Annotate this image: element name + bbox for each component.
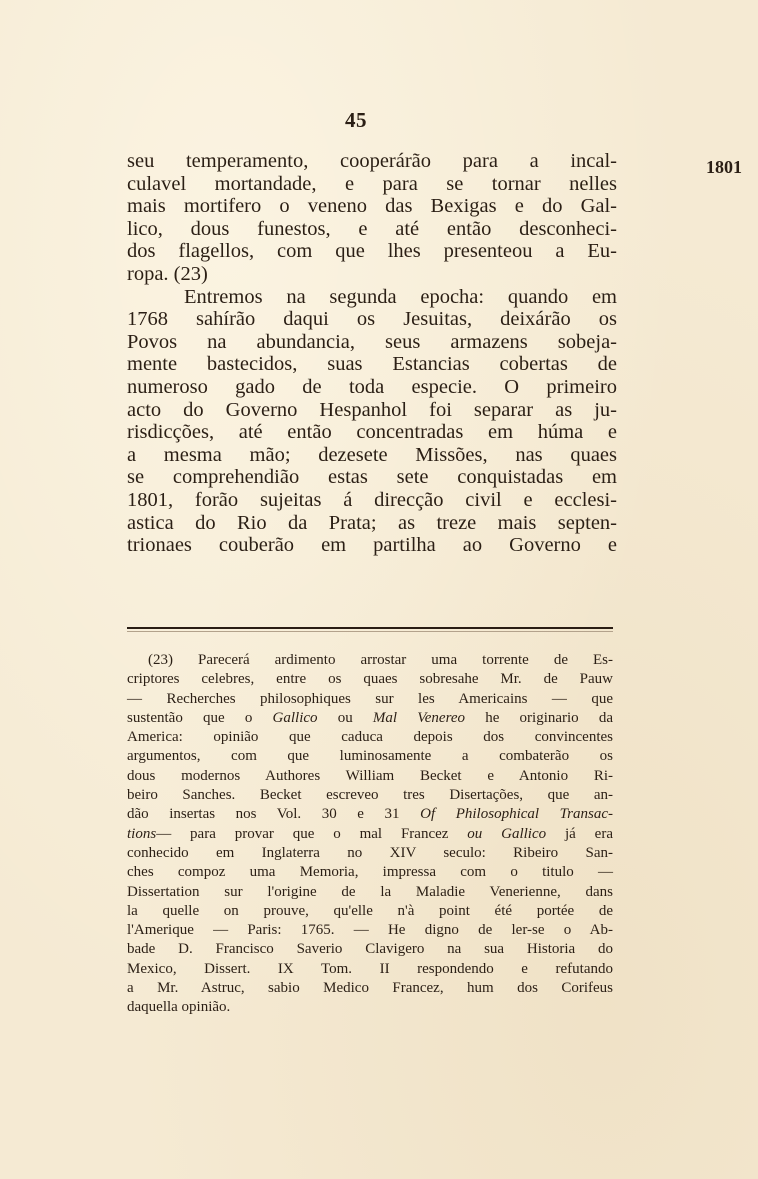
text-line: trionaes couberão em partilha ao Governo… (127, 534, 617, 557)
text-line: a mesma mão; dezesete Missões, nas quaes (127, 444, 617, 467)
footnote-line: Dissertation sur l'origine de la Maladie… (127, 883, 613, 902)
text-line: se comprehendião estas sete conquistadas… (127, 466, 617, 489)
text-line: seu temperamento, cooperárão para a inca… (127, 150, 617, 173)
footnote-line: la quelle on prouve, qu'elle n'à point é… (127, 902, 613, 921)
text-line: dos flagellos, com que lhes presenteou a… (127, 240, 617, 263)
footnote-separator (127, 627, 613, 629)
text-line: lico, dous funestos, e até então desconh… (127, 218, 617, 241)
footnote-line: America: opinião que caduca depois dos c… (127, 728, 613, 747)
footnote-line: Mexico, Dissert. IX Tom. II respondendo … (127, 960, 613, 979)
paragraph-start-line: Entremos na segunda epocha: quando em (127, 286, 617, 309)
italic-term: Gallico (273, 710, 318, 726)
footnote-line: argumentos, com que luminosamente a comb… (127, 747, 613, 766)
italic-title: Of Philosophical Transac- (420, 806, 613, 822)
main-text: seu temperamento, cooperárão para a inca… (127, 150, 617, 557)
text-line: culavel mortandade, e para se tornar nel… (127, 173, 617, 196)
footnote-line: a Mr. Astruc, sabio Medico Francez, hum … (127, 979, 613, 998)
footnote-line: — Recherches philosophiques sur les Amer… (127, 690, 613, 709)
text-line: acto do Governo Hespanhol foi separar as… (127, 399, 617, 422)
book-page: 45 1801 seu temperamento, cooperárão par… (0, 0, 758, 1179)
footnote-line: bade D. Francisco Saverio Clavigero na s… (127, 940, 613, 959)
text-line: 1801, forão sujeitas á direcção civil e … (127, 489, 617, 512)
footnote-line: conhecido em Inglaterra no XIV seculo: R… (127, 844, 613, 863)
italic-term: Mal Venereo (373, 710, 465, 726)
text-line: mais mortifero o veneno das Bexigas e do… (127, 195, 617, 218)
page-number: 45 (336, 108, 376, 133)
margin-note-year: 1801 (706, 157, 742, 178)
footnote-line: ches compoz uma Memoria, impressa com o … (127, 863, 613, 882)
text-line: numeroso gado de toda especie. O primeir… (127, 376, 617, 399)
footnote-line: criptores celebres, entre os quaes sobre… (127, 670, 613, 689)
text-line: 1768 sahírão daqui os Jesuitas, deixárão… (127, 308, 617, 331)
footnote-line: dão insertas nos Vol. 30 e 31 Of Philoso… (127, 805, 613, 824)
footnote-line: dous modernos Authores William Becket e … (127, 767, 613, 786)
footnote-line: (23) Parecerá ardimento arrostar uma tor… (127, 651, 613, 670)
footnote-line: daquella opinião. (127, 998, 613, 1017)
text-line: ropa. (23) (127, 263, 617, 286)
footnote-23: (23) Parecerá ardimento arrostar uma tor… (127, 651, 613, 1018)
text-line: Povos na abundancia, seus armazens sobej… (127, 331, 617, 354)
footnote-line: tions— para provar que o mal Francez ou … (127, 825, 613, 844)
footnote-separator-shadow (127, 631, 613, 632)
text-line: astica do Rio da Prata; as treze mais se… (127, 512, 617, 535)
italic-term: ou Gallico (467, 826, 546, 842)
text-line: risdicções, até então concentradas em hú… (127, 421, 617, 444)
footnote-line: sustentão que o Gallico ou Mal Venereo h… (127, 709, 613, 728)
footnote-line: beiro Sanches. Becket escreveo tres Dise… (127, 786, 613, 805)
text-line: mente bastecidos, suas Estancias coberta… (127, 353, 617, 376)
footnote-line: l'Amerique — Paris: 1765. — He digno de … (127, 921, 613, 940)
italic-title: tions (127, 826, 156, 842)
